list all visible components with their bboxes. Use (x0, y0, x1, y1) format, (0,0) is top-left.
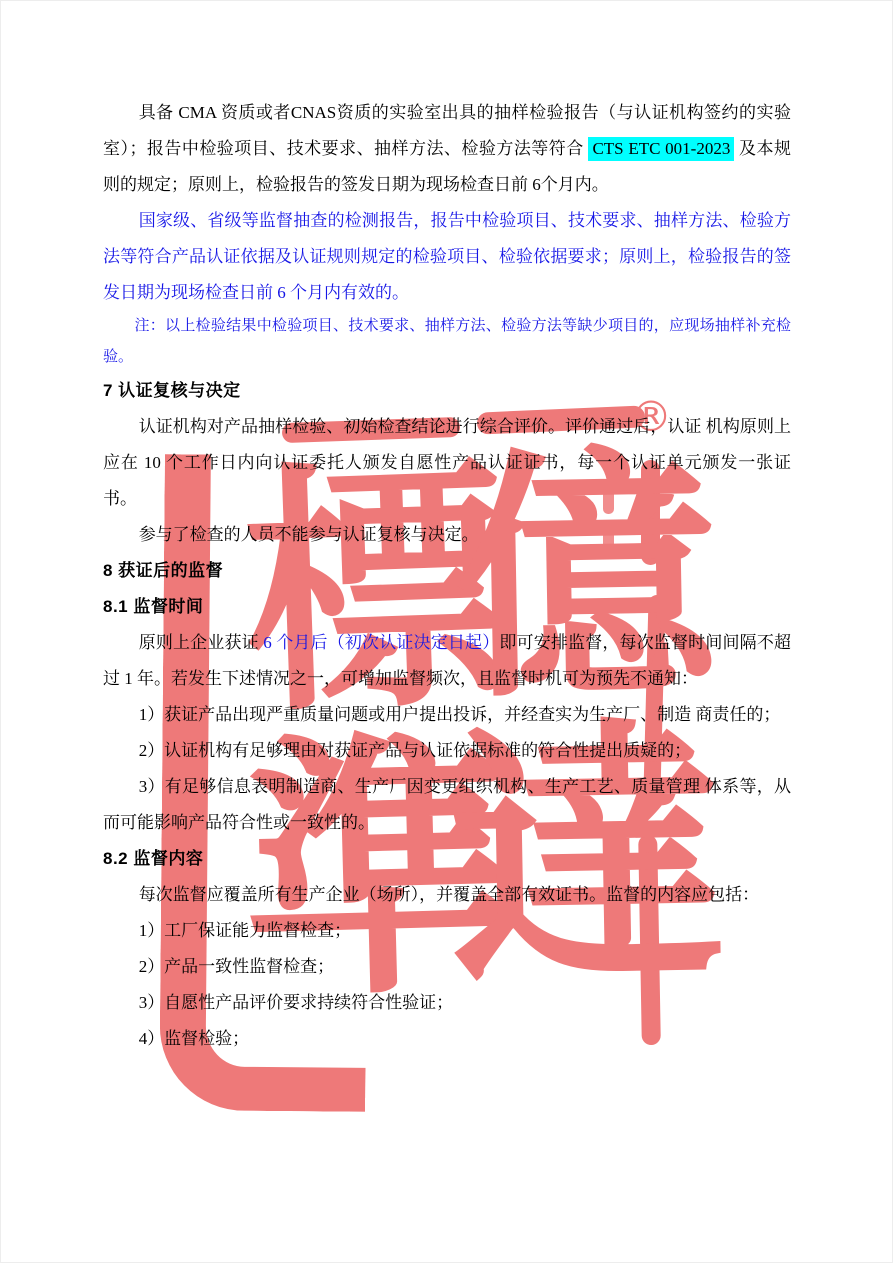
list-item-8-2-4: 4）监督检验； (103, 1021, 791, 1057)
paragraph-8-2-coverage: 每次监督应覆盖所有生产企业（场所），并覆盖全部有效证书。监督的内容应包括： (103, 877, 791, 913)
note-supplementary-inspection: 注：以上检验结果中检验项目、技术要求、抽样方法、检验方法等缺少项目的，应现场抽样… (103, 311, 791, 373)
highlighted-standard-number: CTS ETC 001-2023 (588, 137, 734, 161)
list-item-8-1-2: 2）认证机构有足够理由对获证产品与认证依据标准的符合性提出质疑的； (103, 733, 791, 769)
heading-8-post-certification-supervision: 8 获证后的监督 (103, 553, 791, 589)
paragraph-lab-report: 具备 CMA 资质或者CNAS资质的实验室出具的抽样检验报告（与认证机构签约的实… (103, 95, 791, 203)
list-item-8-2-1: 1）工厂保证能力监督检查； (103, 913, 791, 949)
paragraph-7-personnel: 参与了检查的人员不能参与认证复核与决定。 (103, 517, 791, 553)
list-item-8-1-1: 1）获证产品出现严重质量问题或用户提出投诉，并经查实为生产厂、制造 商责任的； (103, 697, 791, 733)
supervision-schedule-text-1: 原则上企业获证 (139, 633, 264, 652)
supervision-schedule-blue-text: 6 个月后（初次认证决定日起） (263, 633, 499, 652)
paragraph-supervision-report: 国家级、省级等监督抽查的检测报告，报告中检验项目、技术要求、抽样方法、检验方法等… (103, 203, 791, 311)
paragraph-7-evaluation: 认证机构对产品抽样检验、初始检查结论进行综合评价。评价通过后，认证 机构原则上应… (103, 409, 791, 517)
document-page: ® 標 億 準 達 具备 CMA 资质或者CNAS资质的实验室出具的抽样检验报告… (0, 0, 893, 1263)
heading-8-2-supervision-content: 8.2 监督内容 (103, 841, 791, 877)
list-item-8-1-3: 3）有足够信息表明制造商、生产厂因变更组织机构、生产工艺、质量管理 体系等，从而… (103, 769, 791, 841)
document-body: 具备 CMA 资质或者CNAS资质的实验室出具的抽样检验报告（与认证机构签约的实… (103, 95, 791, 1057)
list-item-8-2-2: 2）产品一致性监督检查； (103, 949, 791, 985)
list-item-8-2-3: 3）自愿性产品评价要求持续符合性验证； (103, 985, 791, 1021)
heading-7-certification-review: 7 认证复核与决定 (103, 373, 791, 409)
paragraph-8-1-supervision-schedule: 原则上企业获证 6 个月后（初次认证决定日起）即可安排监督，每次监督时间间隔不超… (103, 625, 791, 697)
heading-8-1-supervision-time: 8.1 监督时间 (103, 589, 791, 625)
